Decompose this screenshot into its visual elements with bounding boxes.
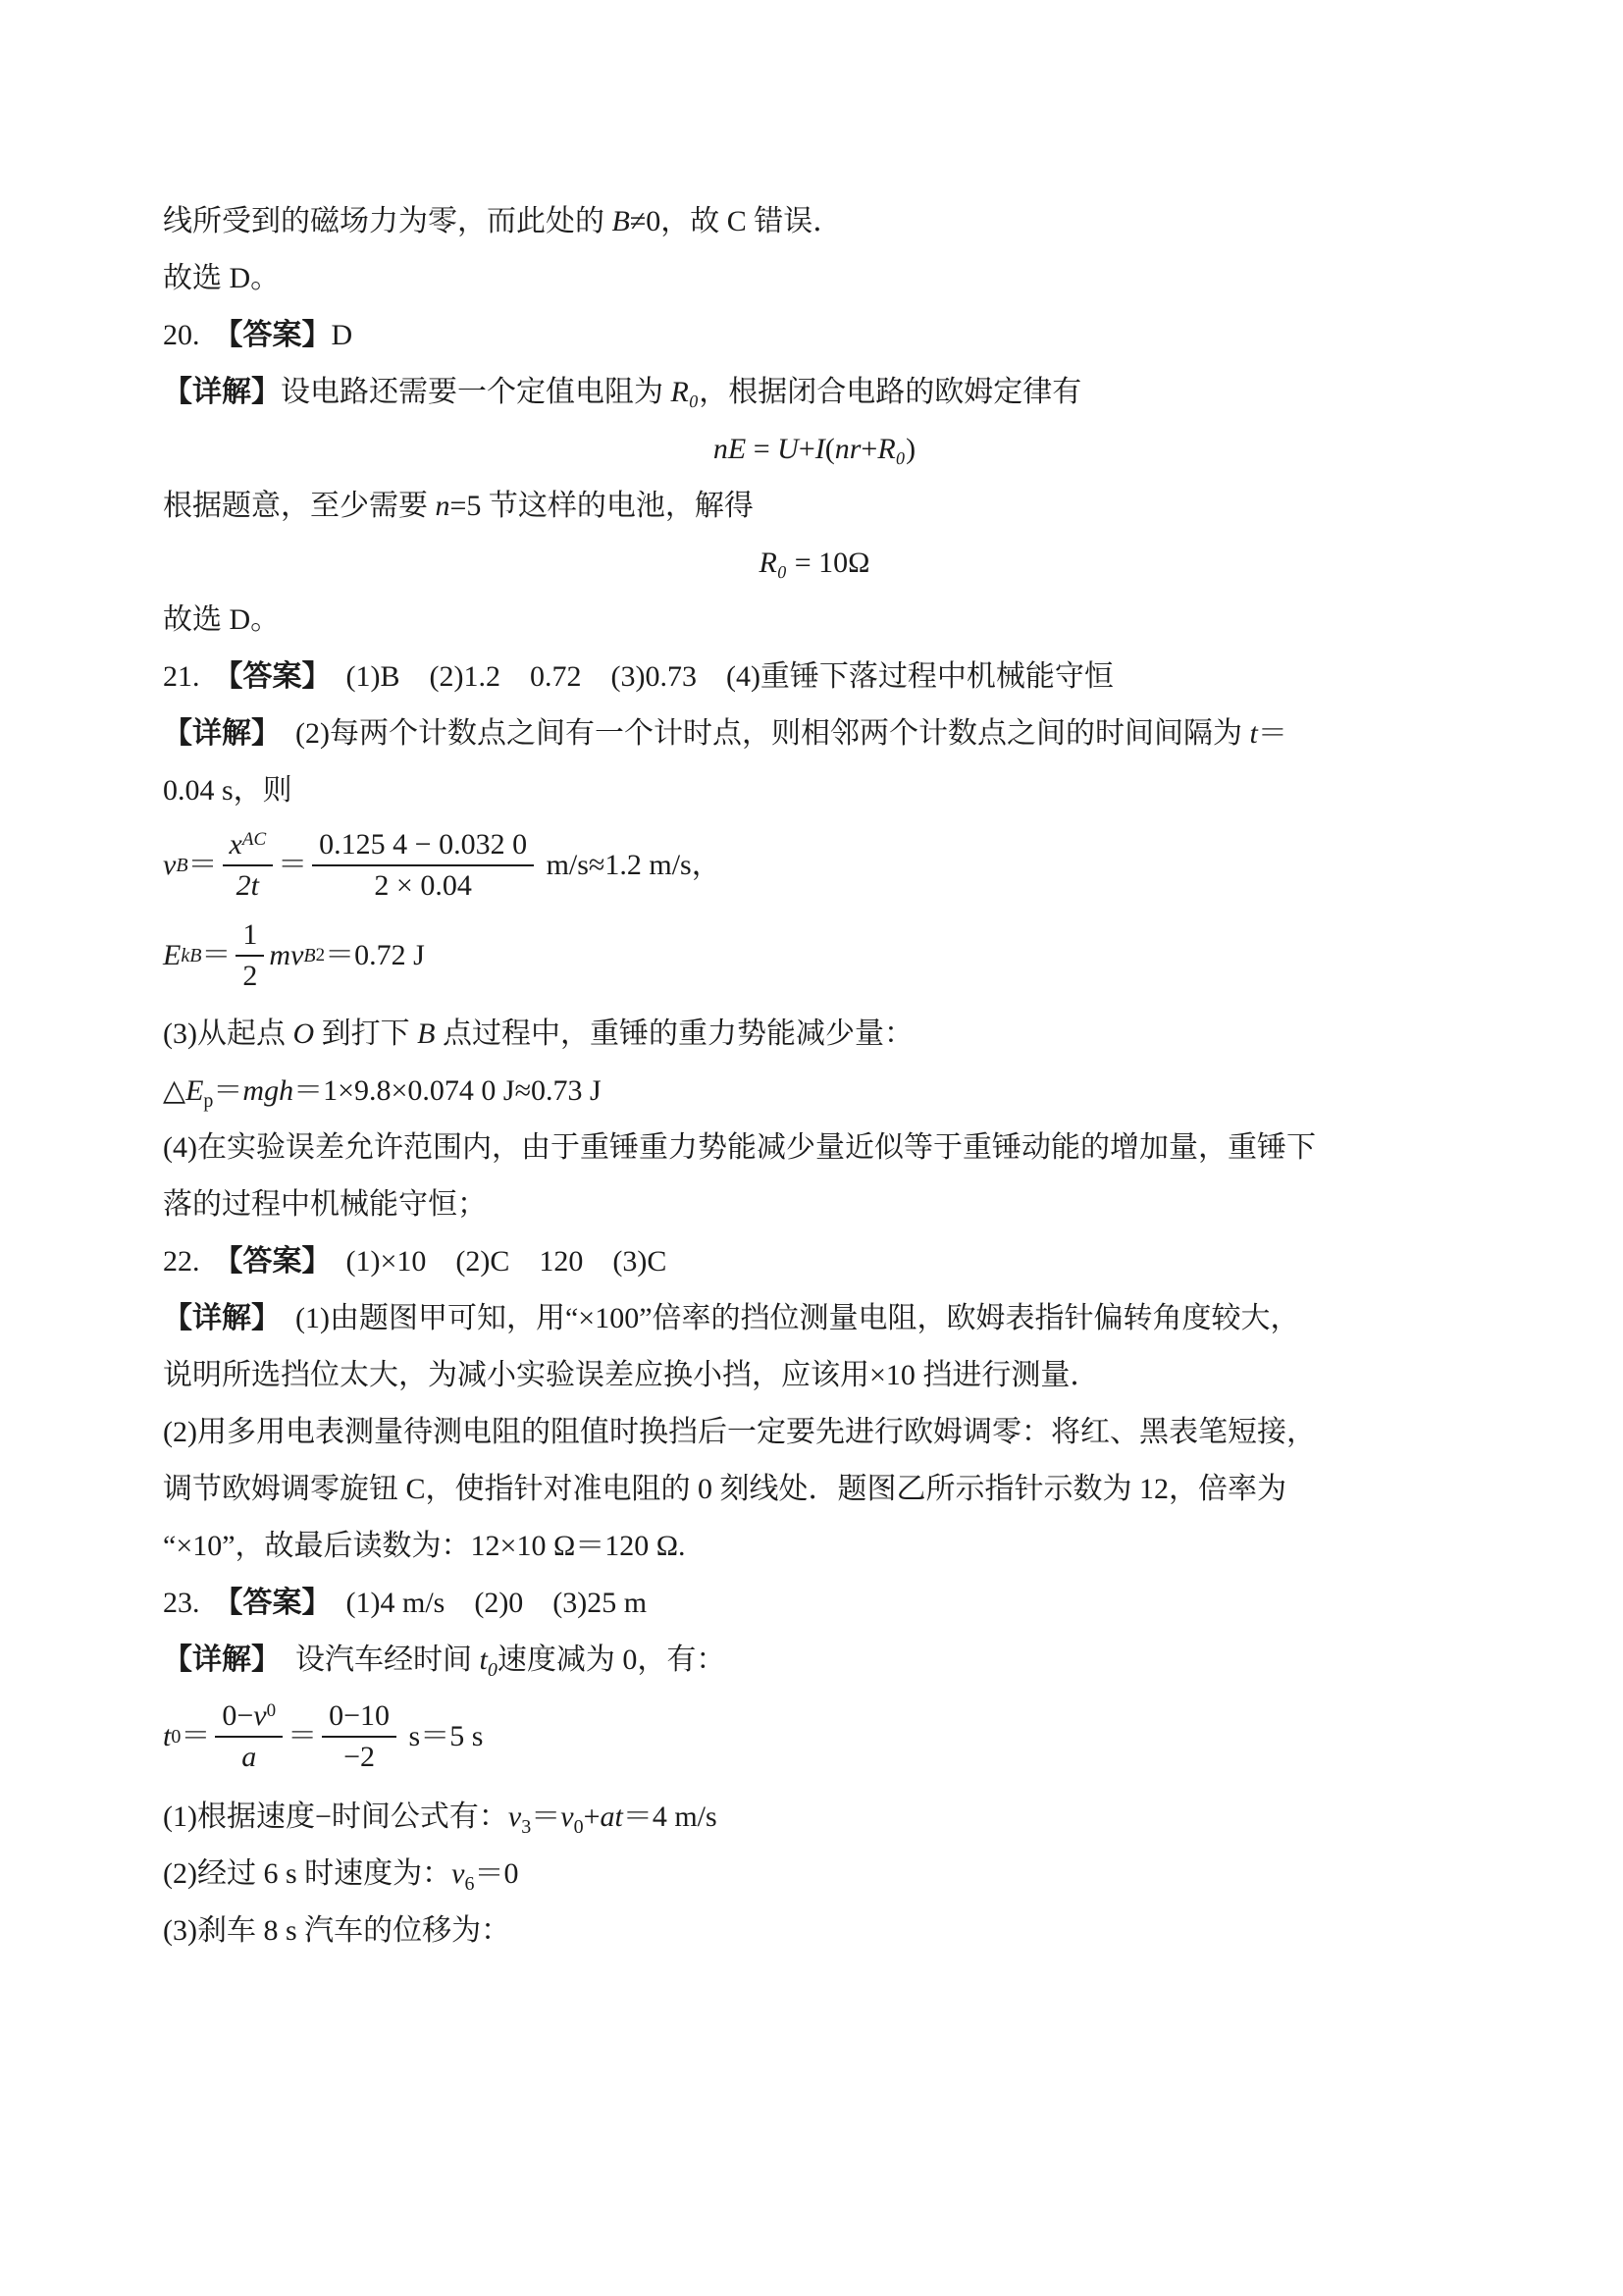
answer-value: (1)×10 (2)C 120 (3)C [317, 1245, 667, 1278]
math-var-v: v [253, 1699, 266, 1732]
math-run: ＝4 m/s [623, 1800, 717, 1833]
prev-answer-conclusion: 故选 D。 [163, 250, 1466, 307]
math-run: + [861, 433, 877, 465]
fraction-displacement: 0.125 4 − 0.032 02 × 0.04 [312, 828, 534, 902]
equals-sign: ＝ [420, 1719, 449, 1754]
text-run: 调节欧姆调零旋钮 C，使指针对准电阻的 0 刻线处．题图乙所示指针示数为 12，… [163, 1473, 1286, 1505]
math-var-v: v [560, 1800, 573, 1833]
fraction-numerator: 0−10 [322, 1699, 396, 1738]
answer-label: 【答案】 [214, 660, 317, 693]
q22-detail-line-5: “×10”，故最后读数为：12×10 Ω＝120 Ω. [163, 1518, 1466, 1575]
equals-sign: ＝ [288, 1719, 317, 1754]
q23-part2-line: (2)经过 6 s 时速度为：v6＝0 [163, 1846, 1466, 1903]
math-run: ( [825, 433, 835, 465]
q20-conclusion-line: 故选 D。 [163, 592, 1466, 649]
math-var-mgh: mgh [242, 1074, 293, 1107]
text-run: =5 节这样的电池，解得 [450, 490, 754, 522]
math-run: m/s≈1.2 m/s， [539, 848, 721, 883]
q21-answer-line: 21.【答案】 (1)B (2)1.2 0.72 (3)0.73 (4)重锤下落… [163, 649, 1466, 705]
math-sub-6: 6 [464, 1873, 474, 1895]
question-number: 23. [163, 1587, 200, 1619]
text-run: 故选 D。 [163, 262, 280, 294]
document-page: 线所受到的磁场力为零，而此处的 B≠0，故 C 错误． 故选 D。 20.【答案… [0, 0, 1623, 2296]
math-sub-p: p [203, 1090, 213, 1112]
math-run: nr [835, 433, 862, 465]
math-run: 0.72 J [354, 938, 425, 973]
text-run: 线所受到的磁场力为零，而此处的 [163, 205, 612, 237]
math-var-E: E [163, 938, 181, 973]
equals-sign: ＝ [201, 938, 231, 973]
math-run: ＝0 [474, 1857, 518, 1890]
math-var-at: at [600, 1800, 622, 1833]
math-run: = [746, 433, 777, 465]
text-run: 说明所选挡位太大，为减小实验误差应换小挡，应该用×10 挡进行测量． [163, 1359, 1099, 1391]
detail-label: 【详解】 [163, 1644, 266, 1676]
math-sub-3: 3 [521, 1816, 531, 1838]
math-run: nE [713, 433, 746, 465]
math-run: I [815, 433, 825, 465]
q21-formula-vb: vB＝xAC2t＝0.125 4 − 0.032 02 × 0.04 m/s≈1… [163, 823, 1466, 908]
q21-formula-ekb: EkB＝12mvB2＝0.72 J [163, 913, 1466, 998]
math-sup-0: 0 [267, 1700, 277, 1721]
answer-label: 【答案】 [214, 1587, 317, 1619]
math-var-v: v [508, 1800, 521, 1833]
math-run: + [799, 433, 815, 465]
math-run: 5 s [449, 1719, 483, 1754]
math-var-x: x [230, 828, 242, 861]
text-run: (1)由题图甲可知，用“×100”倍率的挡位测量电阻，欧姆表指针偏转角度较大， [266, 1302, 1300, 1334]
text-run: 设电路还需要一个定值电阻为 [281, 376, 671, 408]
fraction-denominator: 2 [236, 957, 264, 993]
q23-part1-line: (1)根据速度−时间公式有：v3＝v0+at＝4 m/s [163, 1789, 1466, 1846]
text-run: 设汽车经时间 [266, 1644, 480, 1676]
text-run: 故选 D。 [163, 603, 280, 636]
equals-sign: ＝ [325, 938, 354, 973]
fraction-denominator: −2 [322, 1738, 396, 1774]
text-run: 落的过程中机械能守恒； [163, 1188, 487, 1221]
prev-answer-line-1: 线所受到的磁场力为零，而此处的 B≠0，故 C 错误． [163, 193, 1466, 250]
math-var-v: v [451, 1857, 464, 1890]
question-number: 22. [163, 1245, 200, 1278]
q22-detail-line-2: 说明所选挡位太大，为减小实验误差应换小挡，应该用×10 挡进行测量． [163, 1347, 1466, 1404]
q21-detail-line-2: 0.04 s，则 [163, 762, 1466, 819]
math-var-mv: mv [269, 938, 303, 973]
fraction-xac-2t: xAC2t [223, 828, 274, 902]
math-run: U [777, 433, 799, 465]
math-var-t: t [163, 1719, 171, 1754]
text-run: (2)用多用电表测量待测电阻的阻值时换挡后一定要先进行欧姆调零：将红、黑表笔短接… [163, 1416, 1316, 1448]
equals-sign: ＝ [181, 1719, 210, 1754]
math-var-E: E [185, 1074, 203, 1107]
q20-detail-line: 【详解】设电路还需要一个定值电阻为 R₀，根据闭合电路的欧姆定律有 [163, 364, 1466, 421]
equals-sign: ＝ [188, 848, 218, 883]
text-run: 速度减为 0，有： [497, 1644, 726, 1676]
math-run: 0− [222, 1699, 253, 1732]
math-var-R0: R₀ [759, 547, 788, 579]
q20-formula-r0-result: R₀ = 10Ω [163, 535, 1466, 592]
text-run: (2)经过 6 s 时速度为： [163, 1857, 451, 1890]
math-var-R0: R₀ [877, 433, 906, 465]
question-number: 21. [163, 660, 200, 693]
q20-formula-ohms-law: nE = U+I(nr+R₀) [163, 421, 1466, 478]
delta-symbol: △ [163, 1074, 185, 1107]
fraction-numbers: 0−10−2 [322, 1699, 396, 1773]
fraction-velocity: 0−v0a [215, 1699, 283, 1773]
answer-label: 【答案】 [214, 1245, 317, 1278]
math-run: s [401, 1719, 420, 1754]
detail-label: 【详解】 [163, 1302, 266, 1334]
q22-detail-line-4: 调节欧姆调零旋钮 C，使指针对准电阻的 0 刻线处．题图乙所示指针示数为 12，… [163, 1461, 1466, 1518]
text-run: 到打下 [314, 1018, 417, 1050]
fraction-numerator: 0.125 4 − 0.032 0 [312, 828, 534, 866]
fraction-numerator: 1 [236, 918, 264, 957]
math-run: + [584, 1800, 601, 1833]
text-run: (3)从起点 [163, 1018, 292, 1050]
q21-part3-line: (3)从起点 O 到打下 B 点过程中，重锤的重力势能减少量： [163, 1006, 1466, 1063]
q22-detail-line-1: 【详解】 (1)由题图甲可知，用“×100”倍率的挡位测量电阻，欧姆表指针偏转角… [163, 1290, 1466, 1347]
question-number: 20. [163, 319, 200, 351]
q23-formula-t0: t0＝0−v0a＝0−10−2 s＝5 s [163, 1695, 1466, 1779]
math-var-B: B [417, 1018, 435, 1050]
text-run: (2)每两个计数点之间有一个计时点，则相邻两个计数点之间的时间间隔为 [266, 717, 1249, 750]
equals-sign: ＝ [278, 848, 307, 883]
answer-label: 【答案】 [214, 319, 332, 351]
fraction-one-half: 12 [236, 918, 264, 992]
fraction-numerator: xAC [223, 828, 274, 866]
q21-part4-line-1: (4)在实验误差允许范围内，由于重锤重力势能减少量近似等于重锤动能的增加量，重锤… [163, 1120, 1466, 1176]
q22-detail-line-3: (2)用多用电表测量待测电阻的阻值时换挡后一定要先进行欧姆调零：将红、黑表笔短接… [163, 1404, 1466, 1461]
text-run: ≠0，故 C 错误． [630, 205, 842, 237]
math-var-B: B [612, 205, 630, 237]
detail-label: 【详解】 [163, 717, 266, 750]
math-run: ＝ [1258, 717, 1287, 750]
q21-part4-line-2: 落的过程中机械能守恒； [163, 1176, 1466, 1233]
math-sub-0: 0 [488, 1659, 497, 1681]
math-var-n: n [436, 490, 450, 522]
q23-detail-line: 【详解】 设汽车经时间 t0速度减为 0，有： [163, 1632, 1466, 1689]
math-var-O: O [292, 1018, 314, 1050]
math-run: ) [906, 433, 916, 465]
q20-answer-line: 20.【答案】D [163, 307, 1466, 364]
math-run: ＝1×9.8×0.074 0 J≈0.73 J [293, 1074, 602, 1107]
fraction-numerator: 0−v0 [215, 1699, 283, 1738]
math-var-v: v [163, 848, 176, 883]
text-run: 根据题意，至少需要 [163, 490, 436, 522]
q21-formula-ep: △Ep＝mgh＝1×9.8×0.074 0 J≈0.73 J [163, 1063, 1466, 1120]
detail-label: 【详解】 [163, 376, 281, 408]
equals-sign: ＝ [531, 1800, 560, 1833]
math-sup-AC: AC [242, 829, 266, 850]
math-var-R0: R₀ [671, 376, 700, 408]
math-run: = 10Ω [787, 547, 869, 579]
math-sub-0: 0 [574, 1816, 584, 1838]
math-var-t: t [1249, 717, 1257, 750]
text-run: “×10”，故最后读数为：12×10 Ω＝120 Ω. [163, 1530, 686, 1562]
text-run: ，根据闭合电路的欧姆定律有 [699, 376, 1081, 408]
equals-sign: ＝ [213, 1074, 242, 1107]
q23-part3-line: (3)刹车 8 s 汽车的位移为： [163, 1903, 1466, 1959]
fraction-denominator: 2 × 0.04 [312, 866, 534, 903]
math-var-t: t [480, 1644, 488, 1676]
q23-answer-line: 23.【答案】 (1)4 m/s (2)0 (3)25 m [163, 1575, 1466, 1632]
fraction-denominator: a [215, 1738, 283, 1774]
fraction-denominator: 2t [223, 866, 274, 903]
text-run: 点过程中，重锤的重力势能减少量： [435, 1018, 914, 1050]
text-run: (1)根据速度−时间公式有： [163, 1800, 508, 1833]
text-run: 0.04 s，则 [163, 774, 292, 807]
answer-value: (1)B (2)1.2 0.72 (3)0.73 (4)重锤下落过程中机械能守恒 [317, 660, 1114, 693]
text-run: (4)在实验误差允许范围内，由于重锤重力势能减少量近似等于重锤动能的增加量，重锤… [163, 1131, 1316, 1164]
q21-detail-line-1: 【详解】 (2)每两个计数点之间有一个计时点，则相邻两个计数点之间的时间间隔为 … [163, 705, 1466, 762]
answer-value: (1)4 m/s (2)0 (3)25 m [317, 1587, 648, 1619]
q20-condition-line: 根据题意，至少需要 n=5 节这样的电池，解得 [163, 478, 1466, 535]
q22-answer-line: 22.【答案】 (1)×10 (2)C 120 (3)C [163, 1233, 1466, 1290]
answer-value: D [332, 319, 353, 351]
text-run: (3)刹车 8 s 汽车的位移为： [163, 1914, 510, 1947]
